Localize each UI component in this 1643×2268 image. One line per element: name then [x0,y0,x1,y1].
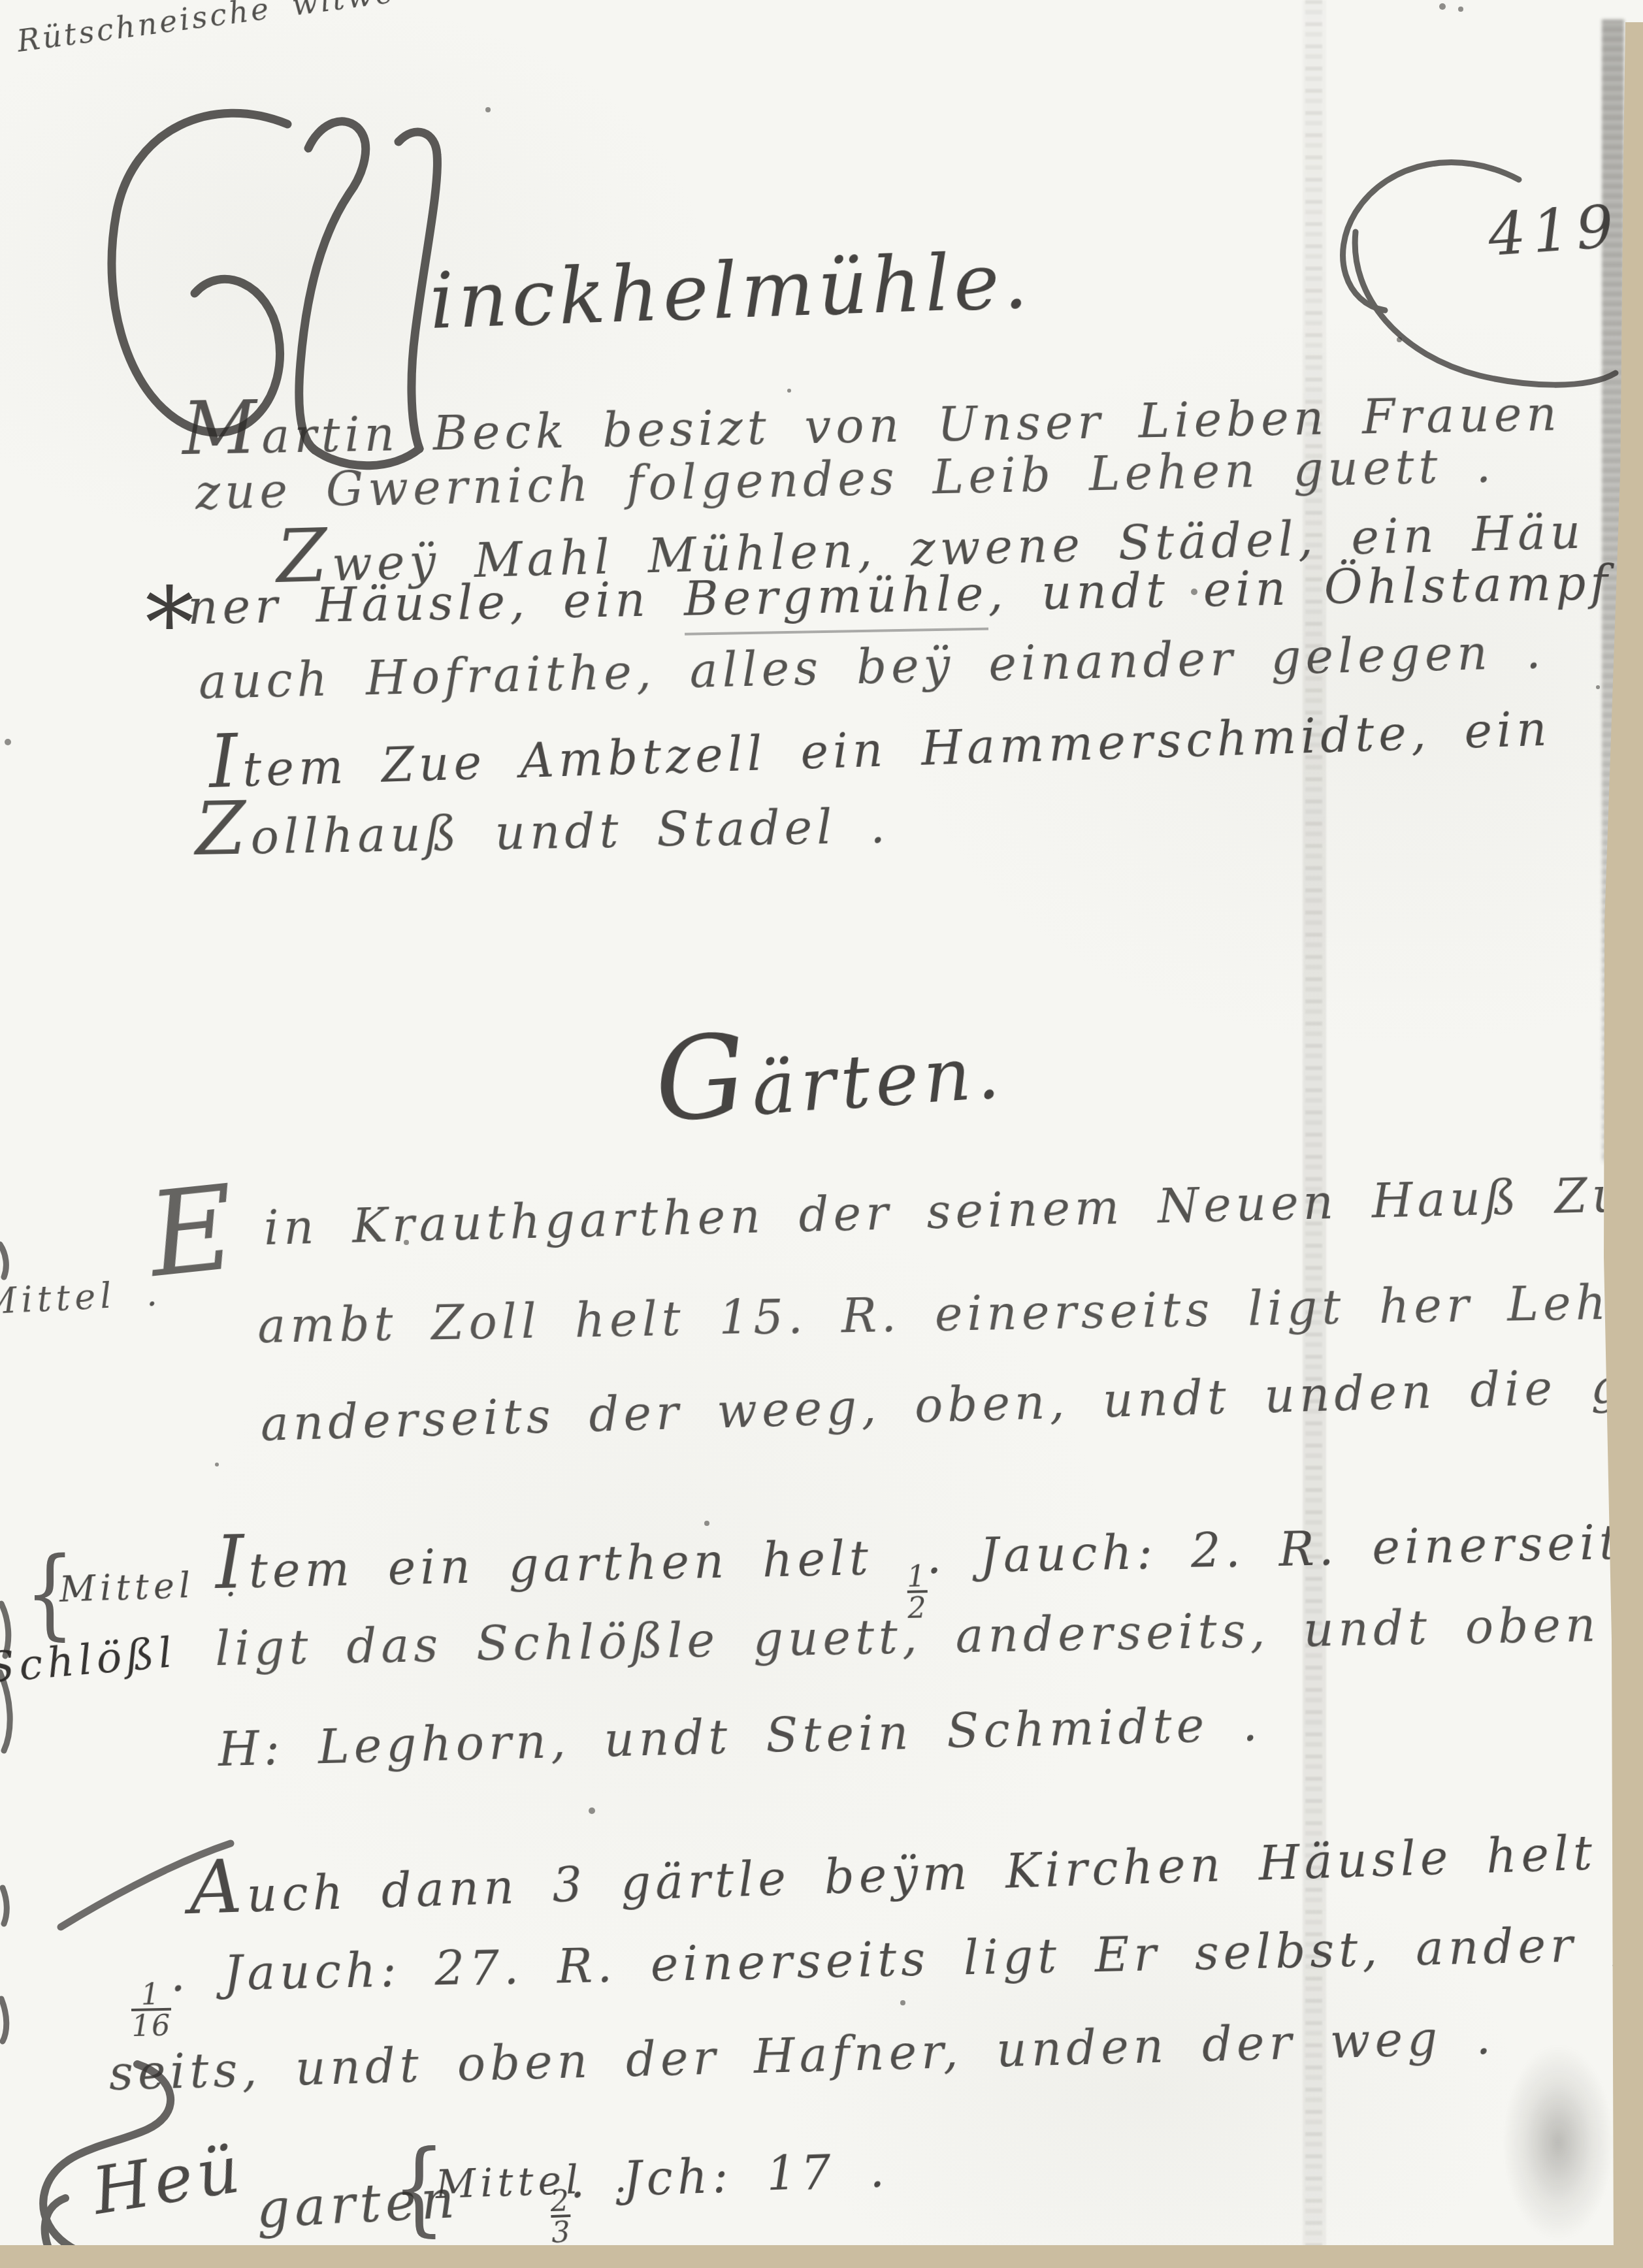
fraction-one-sixteenth: 116 [131,1981,172,2041]
title-text: inckhelmühle. [428,235,1033,346]
paragraph-2-line-2-post: , undt ein Öhlstampf [988,555,1613,621]
fraction-two-thirds-numerator: 2 [550,2187,571,2215]
margin-note-mittel-2: Mittel . [59,1563,242,1610]
manuscript-page: Rütschneische witwe inckhelmühle. 419. M… [0,0,1643,2268]
scan-border-bottom [0,2245,1643,2268]
bottom-fraction-line: 23. Jch: 17 . [549,2143,891,2247]
page-number: 419. [1486,190,1643,270]
paragraph-3-line-2: Zollhauß undt Stadel . [195,775,890,872]
paragraph-4-line-3: anderseits der weeg, oben, undt unden di… [260,1352,1643,1451]
header-annotation: Rütschneische witwe [15,0,397,59]
heugarten-word-head: Heü [88,2130,249,2229]
paragraph-5-line-3: H: Leghorn, undt Stein Schmidte . [218,1696,1263,1777]
fraction-one-half-numerator: 1 [907,1563,927,1591]
bergmuehle-underlined-word: Bergmühle [683,566,988,636]
bottom-note-tail: . Jch: 17 . [568,2143,890,2209]
paragraph-4-initial: E [142,1159,246,1303]
paragraph-5-line-1-post: . Jauch: 2. R. einerseits [926,1514,1643,1584]
fraction-two-thirds-denominator: 3 [551,2214,572,2246]
paragraph-6-line-1: Auch dann 3 gärtle beÿm Kirchen Häusle h… [188,1802,1598,1931]
fraction-two-thirds: 23 [550,2187,572,2247]
heading-gaerten: Gärten. [651,992,1008,1148]
paragraph-2-line-2-pre: ner Häusle, ein [187,572,685,635]
fraction-one-sixteenth-denominator: 16 [131,2008,172,2041]
paragraph-6-line-2-post: . Jauch: 27. R. einerseits ligt Er selbs… [170,1917,1631,2002]
paragraph-4-line-1: in Krauthgarthen der seinem Neuen Hauß Z… [263,1167,1643,1255]
paragraph-4-line-2: ambt Zoll helt 15. R. einerseits ligt he… [257,1273,1643,1353]
bottom-right-smudge [1503,2045,1614,2241]
paragraph-5-line-1-pre: Item ein garthen helt [215,1530,907,1599]
margin-note-mittel-1: Mittel . [0,1272,163,1323]
fraction-one-sixteenth-numerator: 1 [140,1981,161,2009]
